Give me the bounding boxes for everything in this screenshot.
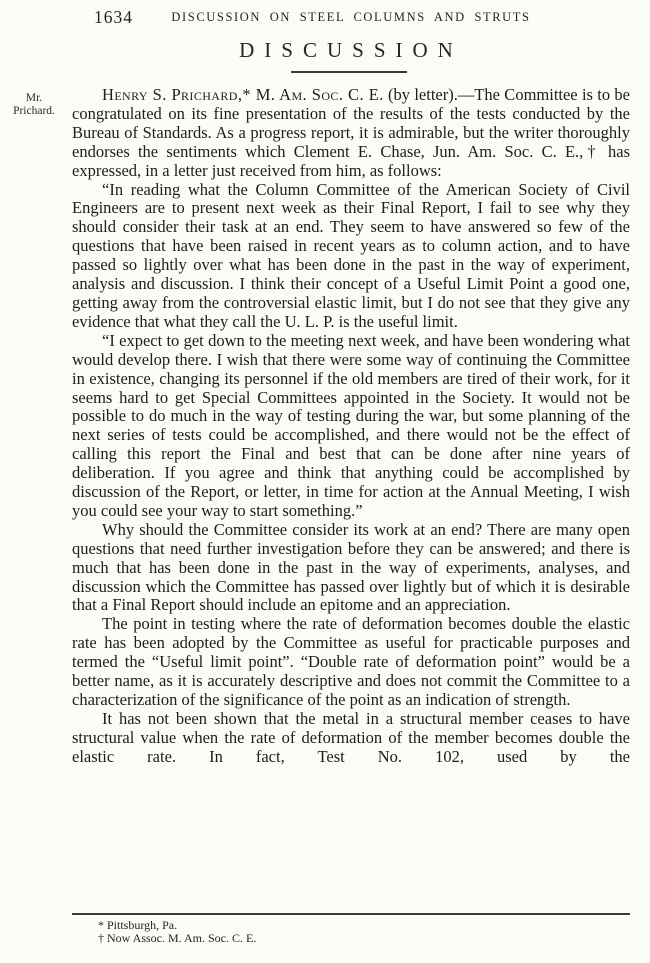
footnote-pittsburgh: * Pittsburgh, Pa. <box>72 919 630 933</box>
footnotes-section: * Pittsburgh, Pa. † Now Assoc. M. Am. So… <box>72 913 630 946</box>
paragraph-structural-value: It has not been shown that the metal in … <box>72 710 630 767</box>
quote-paragraph-2: “I expect to get down to the meeting nex… <box>72 332 630 521</box>
paragraph-speaker-intro: Henry S. Prichard,* M. Am. Soc. C. E. (b… <box>72 86 630 181</box>
footnote-rule <box>72 913 630 915</box>
speaker-name: Henry S. Prichard,* M. Am. Soc. C. E. <box>102 85 384 104</box>
page-header: 1634 DISCUSSION ON STEEL COLUMNS AND STR… <box>72 7 630 27</box>
section-title: DISCUSSION <box>72 38 630 63</box>
paragraph-open-questions: Why should the Committee consider its wo… <box>72 521 630 616</box>
running-head: DISCUSSION ON STEEL COLUMNS AND STRUTS <box>72 10 630 25</box>
paragraph-useful-limit-point: The point in testing where the rate of d… <box>72 615 630 710</box>
quote-paragraph-1: “In reading what the Column Committee of… <box>72 181 630 332</box>
margin-note-speaker: Mr. Prichard. <box>4 92 64 117</box>
body-text-column: Henry S. Prichard,* M. Am. Soc. C. E. (b… <box>72 86 630 767</box>
footnote-assoc: † Now Assoc. M. Am. Soc. C. E. <box>72 932 630 946</box>
document-page: 1634 DISCUSSION ON STEEL COLUMNS AND STR… <box>0 0 650 963</box>
title-rule <box>291 71 407 73</box>
margin-note-line2: Prichard. <box>4 105 64 118</box>
margin-note-line1: Mr. <box>4 92 64 105</box>
